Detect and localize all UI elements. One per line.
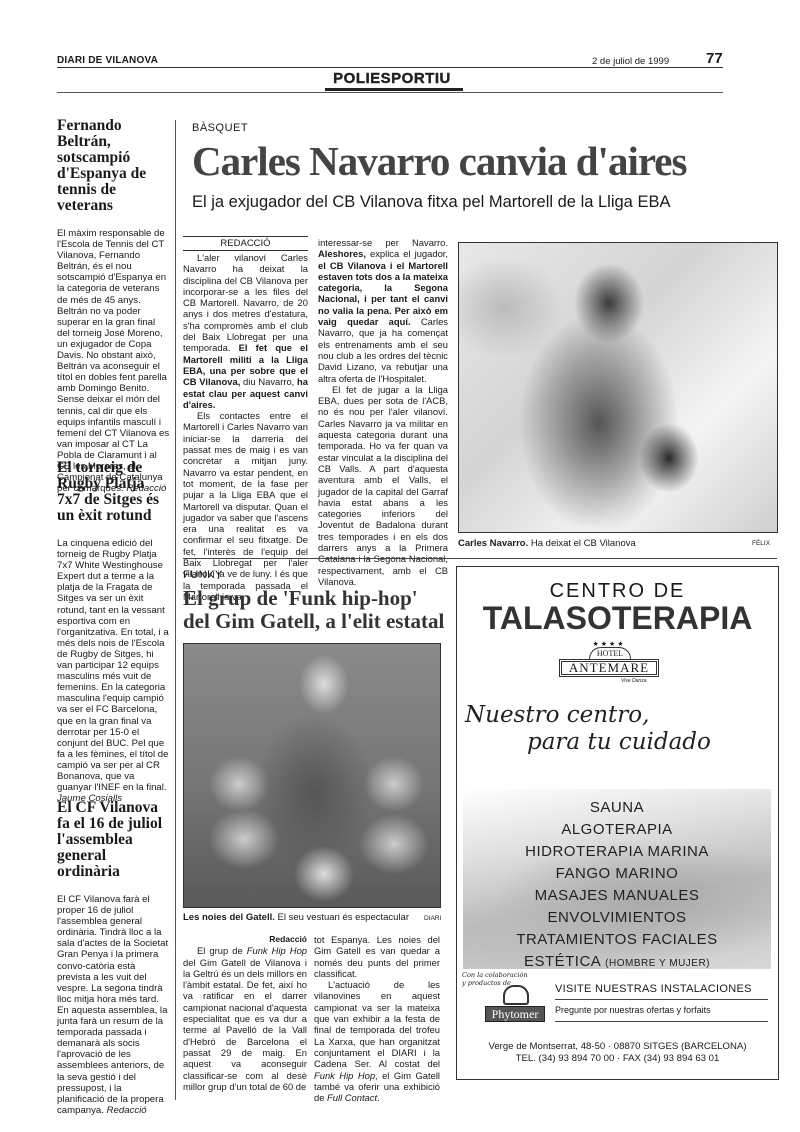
service-item: MASAJES MANUALES: [463, 885, 771, 907]
brief-cf-vilanova: El CF Vilanova fa el 16 de juliol l'asse…: [57, 800, 170, 1116]
dancers-photo: [183, 643, 441, 908]
brief-author: Redacció: [107, 1105, 147, 1116]
main-column-1: L'aler vilanoví Carles Navarro ha deixat…: [183, 252, 308, 602]
brief-headline: El CF Vilanova fa el 16 de juliol l'asse…: [57, 800, 170, 880]
ad-offers: Pregunte por nuestras ofertas y forfaits: [555, 1003, 768, 1022]
funky-headline: El grup de 'Funk hip-hop' del Gim Gatell…: [183, 587, 444, 633]
main-headline: Carles Navarro canvia d'aires: [192, 138, 686, 184]
ad-slogan-2: para tu cuidado: [527, 729, 711, 755]
publication-name: DIARI DE VILANOVA: [57, 55, 158, 66]
phytomer-logo-icon: [503, 985, 529, 1005]
section-underline: [325, 88, 463, 91]
brief-headline: El torneig de Rugby Platja 7x7 de Sitges…: [57, 460, 170, 524]
funky-byline: Redacció: [183, 934, 307, 945]
basketball-photo: [458, 242, 778, 533]
phytomer-brand: Phytomer: [485, 1006, 545, 1022]
brief-body: El màxim responsable de l'Escola de Tenn…: [57, 228, 170, 494]
main-kicker: BÀSQUET: [192, 122, 248, 134]
article-separator: [183, 558, 777, 559]
service-item: FANGO MARINO: [463, 863, 771, 885]
photo-credit: FÉLIX: [752, 540, 770, 547]
main-subheadline: El ja exjugador del CB Vilanova fitxa pe…: [192, 193, 670, 212]
service-item: TRATAMIENTOS FACIALES: [463, 929, 771, 951]
ad-slogan: Nuestro centro,: [465, 702, 649, 728]
ad-phone: TEL. (34) 93 894 70 00 · FAX (34) 93 894…: [457, 1053, 778, 1065]
ad-title: TALASOTERAPIA: [457, 600, 778, 637]
photo-caption: Carles Navarro. Ha deixat el CB Vilanova: [458, 538, 636, 549]
ad-address: Verge de Montserrat, 48-50 · 08870 SITGE…: [457, 1041, 778, 1053]
page-number: 77: [706, 50, 723, 67]
brief-headline: Fernando Beltrán, sotscampió d'Espanya d…: [57, 118, 170, 214]
ad-contact: Verge de Montserrat, 48-50 · 08870 SITGE…: [457, 1041, 778, 1065]
section-title: POLIESPORTIU: [322, 70, 462, 87]
service-item: SAUNA: [463, 797, 771, 819]
brief-body: El CF Vilanova farà el proper 16 de juli…: [57, 894, 170, 1116]
brief-rugby: El torneig de Rugby Platja 7x7 de Sitges…: [57, 460, 170, 804]
services-list: SAUNA ALGOTERAPIA HIDROTERAPIA MARINA FA…: [463, 789, 771, 969]
brief-body: La cinquena edició del torneig de Rugby …: [57, 538, 170, 804]
hotel-logo: ★★★★ HOTEL ANTEMARE Vive Danza: [559, 647, 659, 687]
talasoterapia-ad: CENTRO DE TALASOTERAPIA ★★★★ HOTEL ANTEM…: [456, 566, 779, 1080]
photo-caption: Les noies del Gatell. El seu vestuari és…: [183, 912, 409, 923]
issue-date: 2 de juliol de 1999: [592, 56, 669, 67]
brief-tennis: Fernando Beltrán, sotscampió d'Espanya d…: [57, 118, 170, 494]
photo-credit: DIARI: [424, 915, 441, 922]
funky-column-2: tot Espanya. Les noies del Gim Gatell es…: [314, 934, 440, 1103]
header-rule: [57, 67, 723, 68]
column-divider: [175, 120, 176, 1100]
ad-visit: VISITE NUESTRAS INSTALACIONES: [555, 983, 768, 1000]
main-byline: REDACCIÓ: [183, 236, 308, 251]
service-item: ENVOLVIMIENTOS: [463, 907, 771, 929]
header-rule-lower: [57, 92, 723, 93]
funky-column-1: Redacció El grup de Funk Hip Hop del Gim…: [183, 934, 307, 1092]
main-column-2: interessar-se per Navarro. Aleshores, ex…: [318, 237, 448, 587]
service-item: ALGOTERAPIA: [463, 819, 771, 841]
service-item: HIDROTERAPIA MARINA: [463, 841, 771, 863]
funky-kicker: FUNKY: [183, 569, 223, 581]
